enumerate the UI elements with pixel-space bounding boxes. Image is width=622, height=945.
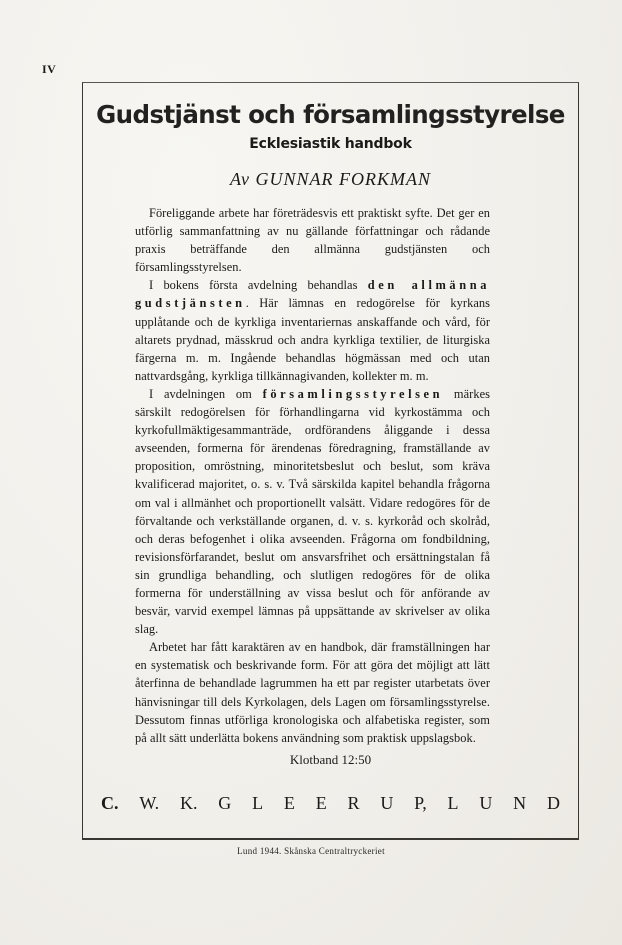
publisher-letter: D (547, 793, 560, 814)
paragraph-text: I avdelningen om (149, 387, 263, 401)
paragraph-handbook: Arbetet har fått karaktären av en handbo… (135, 638, 490, 747)
paragraph-text: I bokens första avdelning behandlas (149, 278, 368, 292)
publisher-name: C. W. K. G L E E R U P, L U N D (101, 793, 560, 814)
paragraph-worship: I bokens första avdelning behandlas den … (135, 276, 490, 385)
publisher-letter: N (513, 793, 526, 814)
book-author: Av GUNNAR FORKMAN (83, 169, 578, 190)
publisher-letter: L (448, 793, 459, 814)
price: Klotband 12:50 (83, 752, 578, 768)
publisher-letter: E (284, 793, 295, 814)
publisher-letter: U (380, 793, 393, 814)
publisher-letter: G (218, 793, 231, 814)
description-body: Föreliggande arbete har företrädesvis et… (135, 204, 490, 747)
paragraph-intro: Föreliggande arbete har företrädesvis et… (135, 204, 490, 276)
printer-imprint: Lund 1944. Skånska Centraltryckeriet (0, 846, 622, 856)
paragraph-governance: I avdelningen om församlingsstyrelsen mä… (135, 385, 490, 638)
book-subtitle: Ecklesiastik handbok (83, 136, 578, 152)
publisher-letter: L (252, 793, 263, 814)
publisher-letter: P, (414, 793, 427, 814)
paragraph-text: märkes särskilt redogörelsen för förhand… (135, 387, 490, 636)
publisher-letter: U (479, 793, 492, 814)
emphasized-term: församlingsstyrelsen (263, 387, 444, 401)
publisher-letter: C. (101, 793, 119, 814)
advertisement-frame: Gudstjänst och församlingsstyrelse Eckle… (82, 82, 579, 840)
publisher-letter: K. (180, 793, 198, 814)
publisher-letter: E (316, 793, 327, 814)
publisher-letter: R (348, 793, 360, 814)
publisher-letter: W. (139, 793, 159, 814)
book-title: Gudstjänst och församlingsstyrelse (83, 100, 578, 129)
page-number: IV (42, 62, 56, 77)
